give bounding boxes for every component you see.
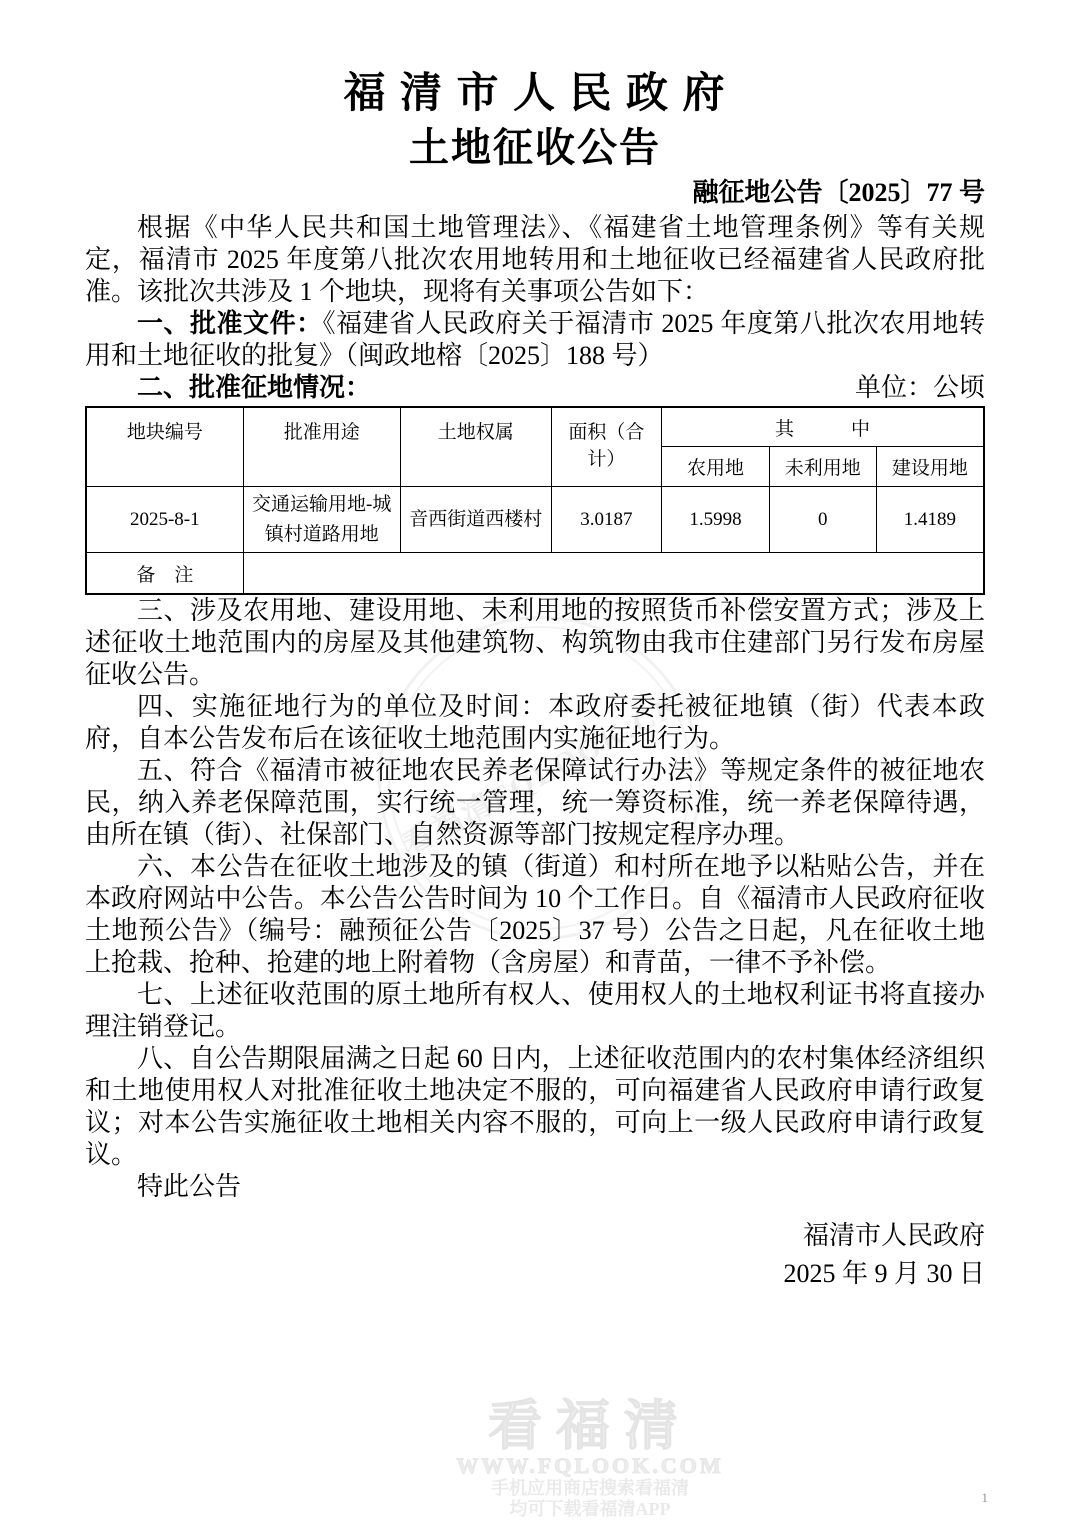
site-watermark: 看福清 WWW.FQLOOK.COM 手机应用商店搜索看福清 均可下载看福清AP…	[90, 1398, 1080, 1520]
cell-unused: 0	[769, 487, 876, 553]
header-plot-id: 地块编号	[86, 407, 243, 487]
cell-plot-id: 2025-8-1	[86, 487, 243, 553]
watermark-promo-line-2: 均可下载看福清APP	[90, 1499, 1080, 1520]
cell-ownership: 音西街道西楼村	[400, 487, 551, 553]
header-construction: 建设用地	[876, 447, 984, 487]
header-approved-use: 批准用途	[243, 407, 400, 487]
table-row: 2025-8-1 交通运输用地-城镇村道路用地 音西街道西楼村 3.0187 1…	[86, 487, 984, 553]
cell-construction: 1.4189	[876, 487, 984, 553]
watermark-site-url: WWW.FQLOOK.COM	[90, 1454, 1080, 1478]
document-page: 看福清FQLOOK.CN 福 清 市 人 民 政 府 土地征收公告 融征地公告〔…	[0, 0, 1080, 1527]
remark-value	[243, 553, 984, 595]
watermark-brand-text: 看福清	[90, 1398, 1080, 1454]
unit-note: 单位：公顷	[855, 372, 985, 404]
header-breakdown: 其 中	[662, 407, 984, 447]
header-area-total: 面积（合计）	[551, 407, 661, 487]
paragraph-item8: 八、自公告期限届满之日起 60 日内，上述征收范围内的农村集体经济组织和土地使用…	[85, 1043, 985, 1171]
approval-situation-label: 二、批准征地情况：	[85, 372, 371, 404]
table-header-row-1: 地块编号 批准用途 土地权属 面积（合计） 其 中	[86, 407, 984, 447]
header-unused: 未利用地	[769, 447, 876, 487]
document-content: 福 清 市 人 民 政 府 土地征收公告 融征地公告〔2025〕77 号 根据《…	[0, 0, 1080, 1293]
paragraph-item6: 六、本公告在征收土地涉及的镇（街道）和村所在地予以粘贴公告，并在本政府网站中公告…	[85, 851, 985, 979]
paragraph-item7: 七、上述征收范围的原土地所有权人、使用权人的土地权利证书将直接办理注销登记。	[85, 979, 985, 1043]
approval-table: 地块编号 批准用途 土地权属 面积（合计） 其 中 农用地 未利用地 建设用地 …	[85, 406, 985, 595]
doc-number: 融征地公告〔2025〕77 号	[85, 178, 985, 208]
paragraph-item5: 五、符合《福清市被征地农民养老保障试行办法》等规定条件的被征地农民，纳入养老保障…	[85, 755, 985, 851]
paragraph-approval-file: 一、批准文件：《福建省人民政府关于福清市 2025 年度第八批次农用地转用和土地…	[85, 308, 985, 372]
cell-area-total: 3.0187	[551, 487, 661, 553]
table-remark-row: 备 注	[86, 553, 984, 595]
paragraph-item3: 三、涉及农用地、建设用地、未利用地的按照货币补偿安置方式；涉及上述征收土地范围内…	[85, 595, 985, 691]
paragraph-intro: 根据《中华人民共和国土地管理法》、《福建省土地管理条例》等有关规定，福清市 20…	[85, 212, 985, 308]
page-title: 福 清 市 人 民 政 府	[85, 70, 985, 118]
closing-statement: 特此公告	[85, 1171, 985, 1203]
watermark-promo-line-1: 手机应用商店搜索看福清	[90, 1478, 1080, 1499]
page-number: 1	[982, 1490, 989, 1505]
cell-agricultural: 1.5998	[662, 487, 770, 553]
signature-block: 福清市人民政府 2025 年 9 月 30 日	[85, 1217, 985, 1293]
signature-org: 福清市人民政府	[85, 1217, 985, 1255]
page-subtitle: 土地征收公告	[85, 126, 985, 170]
section-approval-situation: 二、批准征地情况： 单位：公顷	[85, 372, 985, 404]
header-ownership: 土地权属	[400, 407, 551, 487]
remark-label: 备 注	[86, 553, 243, 595]
header-agricultural: 农用地	[662, 447, 770, 487]
cell-approved-use: 交通运输用地-城镇村道路用地	[243, 487, 400, 553]
approval-file-label: 一、批准文件：	[137, 309, 323, 338]
signature-date: 2025 年 9 月 30 日	[85, 1255, 985, 1293]
paragraph-item4: 四、实施征地行为的单位及时间：本政府委托被征地镇（街）代表本政府，自本公告发布后…	[85, 691, 985, 755]
